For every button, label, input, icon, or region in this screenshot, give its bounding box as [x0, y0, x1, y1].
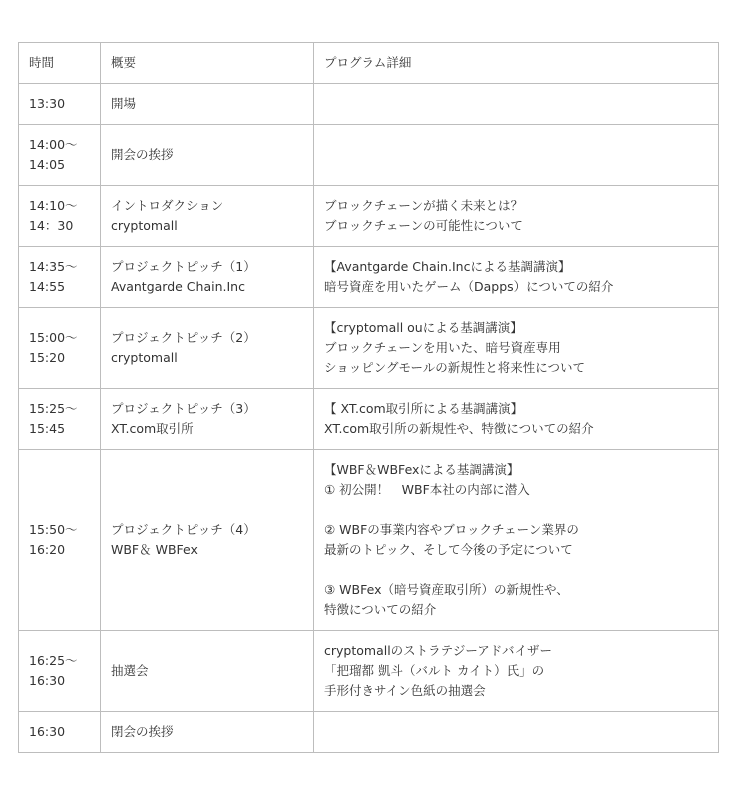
header-row: 時間 概要 プログラム詳細: [19, 43, 719, 84]
program-detail-line: 【cryptomall ouによる基調講演】: [324, 318, 708, 338]
time-cell: 13:30: [19, 84, 101, 125]
program-detail-line: ブロックチェーンの可能性について: [324, 216, 708, 236]
summary-line: 抽選会: [111, 661, 303, 681]
program-detail-cell: 【cryptomall ouによる基調講演】 ブロックチェーンを用いた、暗号資産…: [314, 308, 719, 389]
time-line: 14:00〜: [29, 135, 90, 155]
time-cell: 14:35〜14:55: [19, 247, 101, 308]
table-row: 13:30開場: [19, 84, 719, 125]
summary-line: プロジェクトピッチ（3）: [111, 399, 303, 419]
program-detail-cell: 【Avantgarde Chain.Incによる基調講演】暗号資産を用いたゲーム…: [314, 247, 719, 308]
summary-cell: プロジェクトピッチ（4）WBF＆ WBFex: [101, 450, 314, 631]
time-line: 14:35〜: [29, 257, 90, 277]
program-detail-line: ② WBFの事業内容やブロックチェーン業界の: [324, 520, 708, 540]
time-line: 14:55: [29, 277, 90, 297]
program-detail-line: ブロックチェーンが描く未来とは？: [324, 196, 708, 216]
program-detail-line: 手形付きサイン色紙の抽選会: [324, 681, 708, 701]
time-line: 14:10〜: [29, 196, 90, 216]
program-detail-line: 【 XT.com取引所による基調講演】: [324, 399, 708, 419]
table-row: 15:00〜15:20プロジェクトピッチ（2）cryptomall【crypto…: [19, 308, 719, 389]
program-detail-line: ③ WBFex（暗号資産取引所）の新規性や、: [324, 580, 708, 600]
summary-cell: 開会の挨拶: [101, 125, 314, 186]
time-cell: 14:10〜14：30: [19, 186, 101, 247]
table-row: 15:25〜15:45プロジェクトピッチ（3）XT.com取引所【 XT.com…: [19, 389, 719, 450]
summary-cell: イントロダクションcryptomall: [101, 186, 314, 247]
table-row: 15:50〜16:20プロジェクトピッチ（4）WBF＆ WBFex【WBF＆WB…: [19, 450, 719, 631]
summary-line: Avantgarde Chain.Inc: [111, 277, 303, 297]
program-detail-cell: [314, 84, 719, 125]
program-detail-cell: [314, 712, 719, 753]
header-program-detail: プログラム詳細: [314, 43, 719, 84]
summary-line: 閉会の挨拶: [111, 722, 303, 742]
summary-line: プロジェクトピッチ（4）: [111, 520, 303, 540]
table-row: 14:35〜14:55プロジェクトピッチ（1）Avantgarde Chain.…: [19, 247, 719, 308]
table-row: 14:10〜14：30イントロダクションcryptomallブロックチェーンが描…: [19, 186, 719, 247]
time-cell: 16:25〜16:30: [19, 631, 101, 712]
program-detail-line: [324, 500, 708, 520]
header-summary: 概要: [101, 43, 314, 84]
time-cell: 15:00〜15:20: [19, 308, 101, 389]
summary-line: 開会の挨拶: [111, 145, 303, 165]
time-line: 15:20: [29, 348, 90, 368]
program-detail-line: 暗号資産を用いたゲーム（Dapps）についての紹介: [324, 277, 708, 297]
time-line: 16:30: [29, 671, 90, 691]
summary-line: プロジェクトピッチ（2）: [111, 328, 303, 348]
time-cell: 15:50〜16:20: [19, 450, 101, 631]
time-line: 13:30: [29, 94, 90, 114]
time-line: 15:45: [29, 419, 90, 439]
time-line: 14：30: [29, 216, 90, 236]
program-detail-cell: 【WBF＆WBFexによる基調講演】① 初公開！ WBF本社の内部に潜入② WB…: [314, 450, 719, 631]
header-time: 時間: [19, 43, 101, 84]
time-cell: 14:00〜14:05: [19, 125, 101, 186]
summary-cell: 閉会の挨拶: [101, 712, 314, 753]
time-line: 16:20: [29, 540, 90, 560]
program-detail-line: ① 初公開！ WBF本社の内部に潜入: [324, 480, 708, 500]
program-detail-cell: [314, 125, 719, 186]
program-detail-line: ブロックチェーンを用いた、暗号資産専用: [324, 338, 708, 358]
schedule-body: 13:30開場14:00〜14:05開会の挨拶14:10〜14：30イントロダク…: [19, 84, 719, 753]
program-detail-line: ショッピングモールの新規性と将来性について: [324, 358, 708, 378]
time-line: 16:25〜: [29, 651, 90, 671]
summary-line: 開場: [111, 94, 303, 114]
program-detail-line: cryptomallのストラテジーアドバイザー: [324, 641, 708, 661]
summary-cell: プロジェクトピッチ（1）Avantgarde Chain.Inc: [101, 247, 314, 308]
program-detail-line: 【WBF＆WBFexによる基調講演】: [324, 460, 708, 480]
event-schedule-table: 時間 概要 プログラム詳細 13:30開場14:00〜14:05開会の挨拶14:…: [18, 42, 719, 753]
summary-line: WBF＆ WBFex: [111, 540, 303, 560]
summary-line: XT.com取引所: [111, 419, 303, 439]
table-row: 14:00〜14:05開会の挨拶: [19, 125, 719, 186]
summary-cell: 開場: [101, 84, 314, 125]
time-line: 14:05: [29, 155, 90, 175]
summary-cell: プロジェクトピッチ（2）cryptomall: [101, 308, 314, 389]
table-row: 16:25〜16:30抽選会cryptomallのストラテジーアドバイザー「把瑠…: [19, 631, 719, 712]
program-detail-line: XT.com取引所の新規性や、特徴についての紹介: [324, 419, 708, 439]
summary-line: イントロダクション: [111, 196, 303, 216]
program-detail-line: [324, 560, 708, 580]
program-detail-cell: cryptomallのストラテジーアドバイザー「把瑠都 凱斗（バルト カイト）氏…: [314, 631, 719, 712]
time-cell: 16:30: [19, 712, 101, 753]
time-line: 15:25〜: [29, 399, 90, 419]
program-detail-line: 【Avantgarde Chain.Incによる基調講演】: [324, 257, 708, 277]
summary-line: プロジェクトピッチ（1）: [111, 257, 303, 277]
time-line: 15:00〜: [29, 328, 90, 348]
summary-line: cryptomall: [111, 348, 303, 368]
summary-cell: プロジェクトピッチ（3）XT.com取引所: [101, 389, 314, 450]
time-line: 15:50〜: [29, 520, 90, 540]
program-detail-line: 特徴についての紹介: [324, 600, 708, 620]
program-detail-line: 最新のトピック、そして今後の予定について: [324, 540, 708, 560]
program-detail-cell: ブロックチェーンが描く未来とは？ブロックチェーンの可能性について: [314, 186, 719, 247]
program-detail-line: 「把瑠都 凱斗（バルト カイト）氏」の: [324, 661, 708, 681]
program-detail-cell: 【 XT.com取引所による基調講演】XT.com取引所の新規性や、特徴について…: [314, 389, 719, 450]
table-row: 16:30閉会の挨拶: [19, 712, 719, 753]
summary-line: cryptomall: [111, 216, 303, 236]
summary-cell: 抽選会: [101, 631, 314, 712]
time-cell: 15:25〜15:45: [19, 389, 101, 450]
time-line: 16:30: [29, 722, 90, 742]
